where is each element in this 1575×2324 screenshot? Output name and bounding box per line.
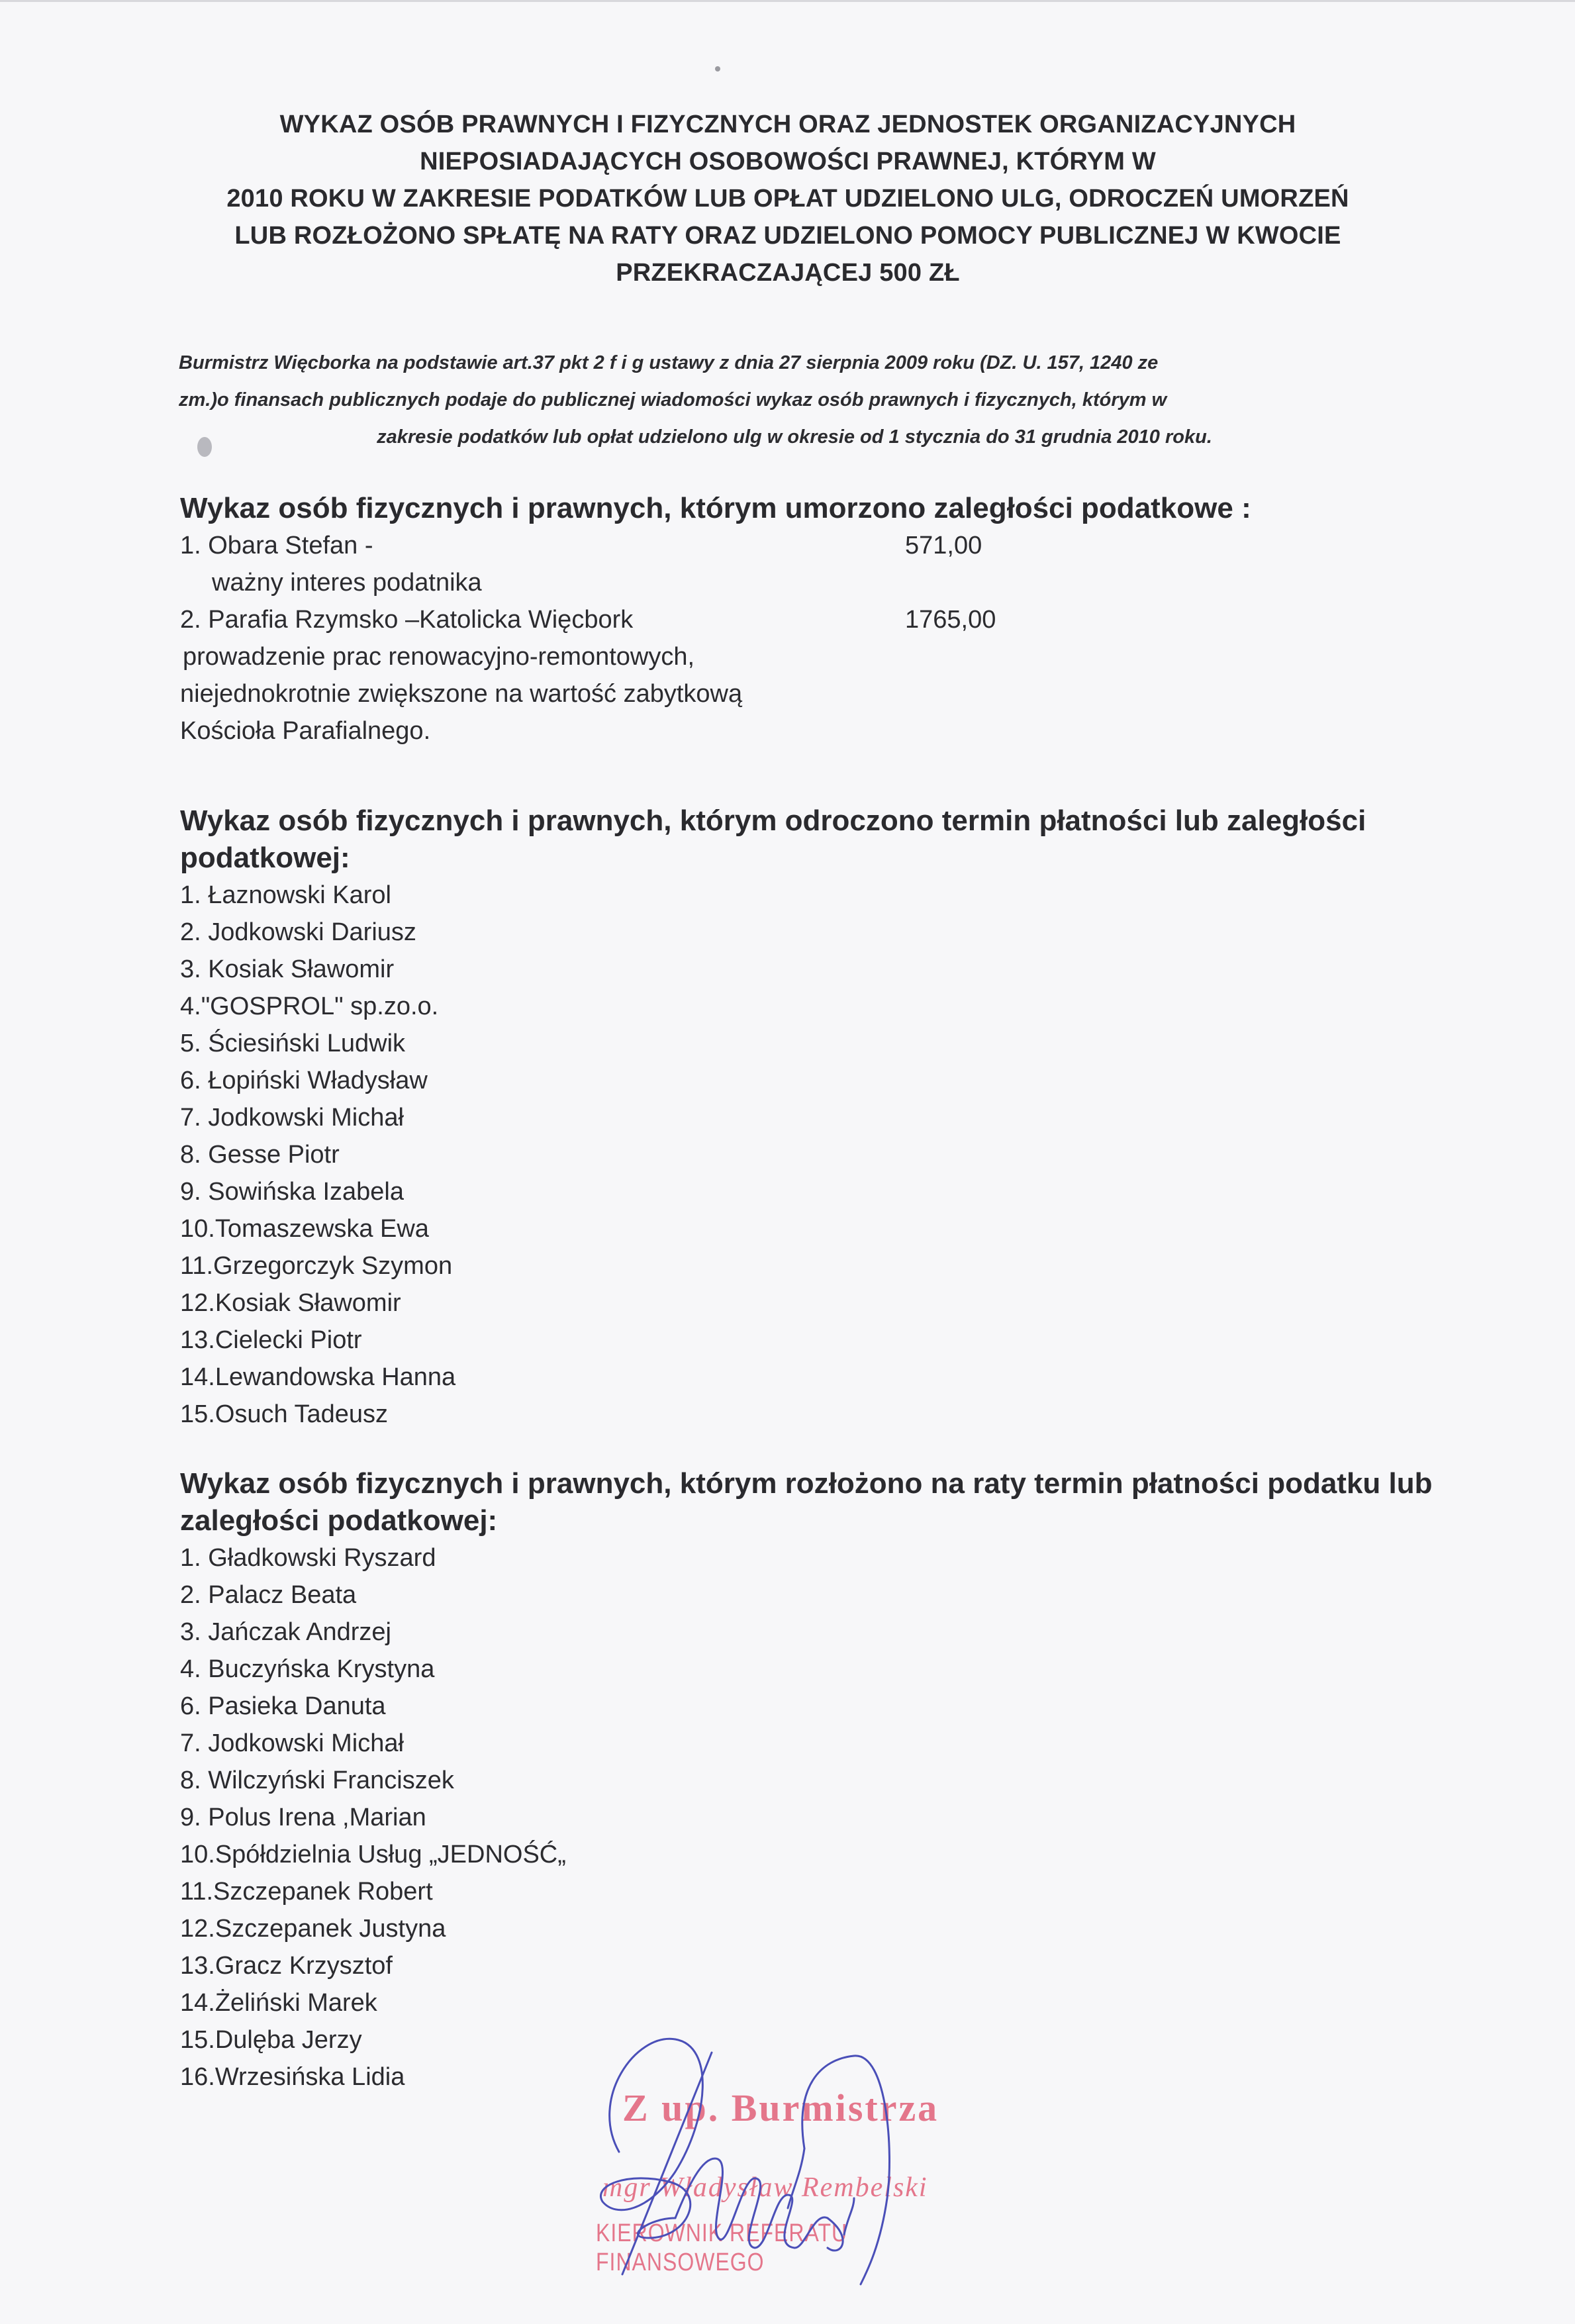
- section-remitted: Wykaz osób fizycznych i prawnych, którym…: [180, 490, 1451, 750]
- list-item: 12.Kosiak Sławomir: [180, 1284, 1451, 1322]
- stamp-line: mgr Władysław Rembelski: [602, 2172, 928, 2203]
- scanned-document-page: WYKAZ OSÓB PRAWNYCH I FIZYCZNYCH ORAZ JE…: [0, 0, 1575, 2324]
- entry-name: 2. Parafia Rzymsko –Katolicka Więcbork: [180, 606, 633, 634]
- list-item: 1. Gładkowski Ryszard: [180, 1539, 1451, 1576]
- section-heading: Wykaz osób fizycznych i prawnych, którym…: [180, 802, 1451, 840]
- intro-line: Burmistrz Więcborka na podstawie art.37 …: [179, 344, 1410, 381]
- official-stamp: Z up. Burmistrza mgr Władysław Rembelski…: [589, 2086, 1000, 2258]
- list-item: 9. Polus Irena ,Marian: [180, 1799, 1451, 1836]
- scan-edge: [0, 0, 1575, 2]
- list-item: 6. Pasieka Danuta: [180, 1688, 1451, 1725]
- list-item: 4."GOSPROL" sp.zo.o.: [180, 988, 1451, 1025]
- entry-detail: ważny interes podatnika: [180, 564, 1451, 601]
- document-title: WYKAZ OSÓB PRAWNYCH I FIZYCZNYCH ORAZ JE…: [152, 106, 1423, 291]
- list-item: 6. Łopiński Władysław: [180, 1062, 1451, 1099]
- entry-name: 1. Obara Stefan -: [180, 532, 373, 559]
- section-heading: zaległości podatkowej:: [180, 1502, 1451, 1539]
- intro-line: zakresie podatków lub opłat udzielono ul…: [179, 418, 1410, 456]
- section-heading: podatkowej:: [180, 840, 1451, 877]
- list-item: 9. Sowińska Izabela: [180, 1173, 1451, 1210]
- list-item: 8. Wilczyński Franciszek: [180, 1762, 1451, 1799]
- list-item: 10.Spółdzielnia Usług „JEDNOŚĆ„: [180, 1836, 1451, 1873]
- list-item: 13.Gracz Krzysztof: [180, 1947, 1451, 1984]
- entry-amount: 1765,00: [905, 601, 996, 638]
- list-item: 1. Obara Stefan - 571,00: [180, 527, 1451, 564]
- title-line: PRZEKRACZAJĄCEJ 500 ZŁ: [152, 254, 1423, 291]
- list-item: 12.Szczepanek Justyna: [180, 1910, 1451, 1947]
- section-heading: Wykaz osób fizycznych i prawnych, którym…: [180, 490, 1451, 527]
- section-installments: Wykaz osób fizycznych i prawnych, którym…: [180, 1465, 1451, 2096]
- list-item: 7. Jodkowski Michał: [180, 1725, 1451, 1762]
- entry-detail: prowadzenie prac renowacyjno-remontowych…: [180, 638, 1451, 675]
- intro-line: zm.)o finansach publicznych podaje do pu…: [179, 381, 1410, 418]
- list-item: 8. Gesse Piotr: [180, 1136, 1451, 1173]
- list-item: 13.Cielecki Piotr: [180, 1322, 1451, 1359]
- list-item: 3. Kosiak Sławomir: [180, 951, 1451, 988]
- list-item: 2. Parafia Rzymsko –Katolicka Więcbork 1…: [180, 601, 1451, 638]
- list-item: 11.Szczepanek Robert: [180, 1873, 1451, 1910]
- entry-detail: Kościoła Parafialnego.: [180, 712, 1451, 750]
- entry-amount: 571,00: [905, 527, 982, 564]
- list-item: 15.Osuch Tadeusz: [180, 1396, 1451, 1433]
- stamp-line: Z up. Burmistrza: [622, 2086, 939, 2130]
- list-item: 15.Dulęba Jerzy: [180, 2021, 1451, 2058]
- title-line: NIEPOSIADAJĄCYCH OSOBOWOŚCI PRAWNEJ, KTÓ…: [152, 143, 1423, 180]
- entry-detail: niejednokrotnie zwiększone na wartość za…: [180, 675, 1451, 712]
- list-item: 11.Grzegorczyk Szymon: [180, 1247, 1451, 1284]
- section-heading: Wykaz osób fizycznych i prawnych, którym…: [180, 1465, 1451, 1502]
- section-deferred: Wykaz osób fizycznych i prawnych, którym…: [180, 802, 1451, 1433]
- title-line: 2010 ROKU W ZAKRESIE PODATKÓW LUB OPŁAT …: [152, 180, 1423, 217]
- list-item: 14.Lewandowska Hanna: [180, 1359, 1451, 1396]
- list-item: 14.Żeliński Marek: [180, 1984, 1451, 2021]
- list-item: 7. Jodkowski Michał: [180, 1099, 1451, 1136]
- list-item: 2. Palacz Beata: [180, 1576, 1451, 1614]
- scan-speck: [715, 66, 720, 72]
- title-line: WYKAZ OSÓB PRAWNYCH I FIZYCZNYCH ORAZ JE…: [152, 106, 1423, 143]
- stamp-line: KIEROWNIK REFERATU FINANSOWEGO: [596, 2218, 1000, 2277]
- scan-mark: [197, 437, 212, 457]
- list-item: 1. Łaznowski Karol: [180, 877, 1451, 914]
- list-item: 4. Buczyńska Krystyna: [180, 1651, 1451, 1688]
- list-item: 5. Ściesiński Ludwik: [180, 1025, 1451, 1062]
- list-item: 2. Jodkowski Dariusz: [180, 914, 1451, 951]
- title-line: LUB ROZŁOŻONO SPŁATĘ NA RATY ORAZ UDZIEL…: [152, 217, 1423, 254]
- installments-list: 1. Gładkowski Ryszard2. Palacz Beata3. J…: [180, 1539, 1451, 2096]
- intro-paragraph: Burmistrz Więcborka na podstawie art.37 …: [179, 344, 1410, 456]
- deferred-list: 1. Łaznowski Karol2. Jodkowski Dariusz3.…: [180, 877, 1451, 1433]
- list-item: 10.Tomaszewska Ewa: [180, 1210, 1451, 1247]
- list-item: 3. Jańczak Andrzej: [180, 1614, 1451, 1651]
